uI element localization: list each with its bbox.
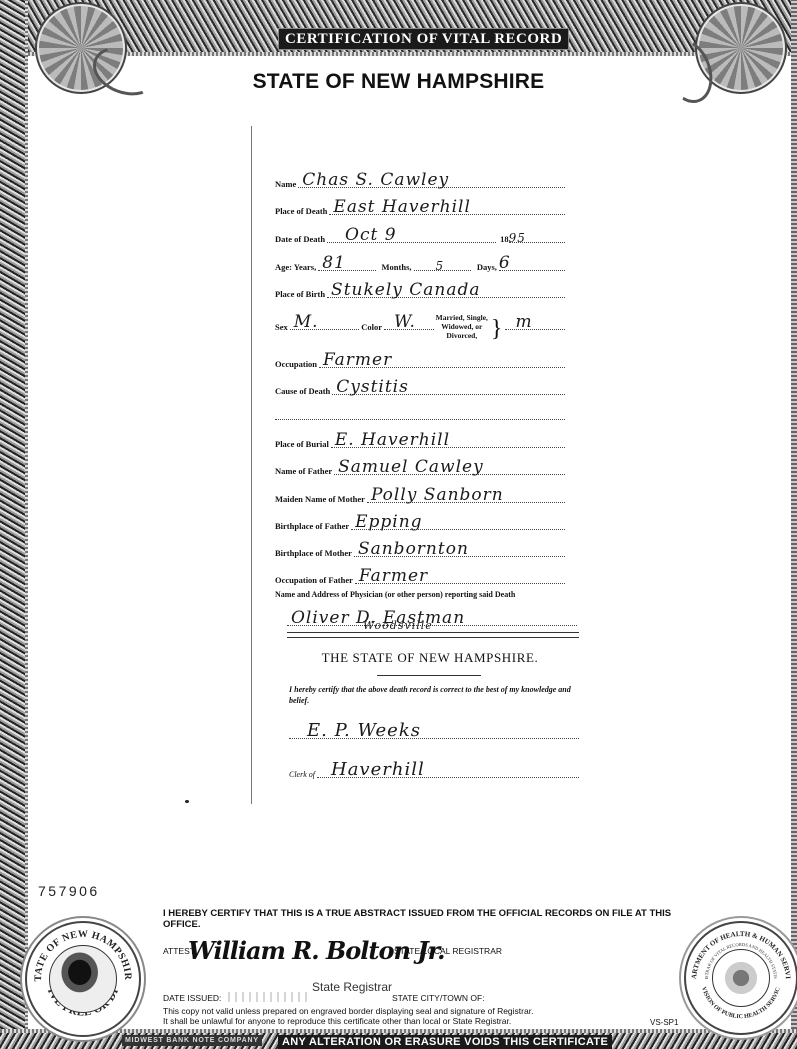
clerk-signature-line: E. P. Weeks <box>289 712 579 739</box>
field-place-of-birth: Place of Birth Stukely Canada <box>275 276 565 300</box>
field-cause-of-death: Cause of Death Cystitis <box>275 373 565 397</box>
field-value: Chas S. Cawley <box>302 170 449 190</box>
field-sex-color-marital: Sex M. Color W. Married, Single, Widowed… <box>275 306 565 340</box>
ornamental-border-right <box>791 0 797 1049</box>
date-issued-stamp <box>228 992 308 1002</box>
certification-statement: I HEREBY CERTIFY THAT THIS IS A TRUE ABS… <box>163 908 683 930</box>
field-place-of-death: Place of Death East Haverhill <box>275 193 565 217</box>
clerk-certification-text: I hereby certify that the above death re… <box>289 684 584 706</box>
field-label: Place of Burial <box>275 439 329 450</box>
form-margin-rule <box>251 126 252 804</box>
field-cause-of-death-continued <box>275 398 565 422</box>
field-label: Name and Address of Physician (or other … <box>275 590 515 600</box>
clerk-of-value: Haverhill <box>331 759 425 780</box>
field-value: Epping <box>355 512 422 532</box>
clerk-signature: E. P. Weeks <box>307 720 421 741</box>
field-name: Name Chas S. Cawley <box>275 166 565 190</box>
state-seal-icon: STATE OF NEW HAMPSHIRE LIVE FREE OR DIE <box>25 921 141 1037</box>
age-days: 6 <box>499 253 511 273</box>
field-value: Oct 9 <box>345 225 397 245</box>
field-value: Farmer <box>359 566 428 586</box>
field-value: Stukely Canada <box>331 280 480 300</box>
field-label: Months, <box>382 262 412 273</box>
field-label: Place of Birth <box>275 289 325 300</box>
short-rule-divider <box>377 675 481 676</box>
date-issued-label: DATE ISSUED: <box>163 993 221 1003</box>
field-age: Age: Years, 81 Months, 5 Days, 6 <box>275 249 565 273</box>
brace-icon: } <box>491 318 503 340</box>
field-name-of-father: Name of Father Samuel Cawley <box>275 453 565 477</box>
field-birthplace-of-father: Birthplace of Father Epping <box>275 508 565 532</box>
page-title: STATE OF NEW HAMPSHIRE <box>0 70 797 94</box>
department-seal-icon: DEPARTMENT OF HEALTH & HUMAN SERVICES RE… <box>684 921 797 1035</box>
ship-emblem-icon <box>712 949 770 1007</box>
field-label: Days, <box>477 262 497 273</box>
field-label: Age: Years, <box>275 262 316 273</box>
field-label: Place of Death <box>275 206 327 217</box>
ink-mark <box>185 800 189 803</box>
field-value: Farmer <box>323 350 392 370</box>
double-rule-divider <box>287 632 579 638</box>
field-value: E. Haverhill <box>335 430 450 450</box>
year-prefix: 18 <box>500 234 509 245</box>
marital-status-value: m <box>515 312 532 332</box>
printer-company-label: MIDWEST BANK NOTE COMPANY <box>122 1035 262 1046</box>
field-label: Occupation of Father <box>275 575 353 586</box>
field-value: East Haverhill <box>333 197 471 217</box>
field-value: Sanbornton <box>358 539 469 559</box>
form-code: VS-SP1 <box>650 1018 678 1027</box>
field-label: Sex <box>275 322 288 340</box>
clerk-of-row: Clerk of Haverhill <box>289 754 579 780</box>
color-value: W. <box>394 312 416 332</box>
city-town-label: STATE CITY/TOWN OF: <box>392 993 485 1003</box>
field-maiden-name-of-mother: Maiden Name of Mother Polly Sanborn <box>275 481 565 505</box>
field-occupation-of-father: Occupation of Father Farmer <box>275 562 565 586</box>
validity-notice: This copy not valid unless prepared on e… <box>163 1006 533 1026</box>
certificate-banner-title: CERTIFICATION OF VITAL RECORD <box>278 28 569 50</box>
old-man-of-the-mountain-icon <box>49 945 117 1013</box>
field-occupation: Occupation Farmer <box>275 346 565 370</box>
ornamental-border-left <box>0 0 25 1049</box>
field-value: Samuel Cawley <box>338 457 484 477</box>
field-birthplace-of-mother: Birthplace of Mother Sanbornton <box>275 535 565 559</box>
field-label: Birthplace of Mother <box>275 548 352 559</box>
field-label: Name <box>275 179 296 190</box>
field-label: Cause of Death <box>275 386 330 397</box>
field-label: Occupation <box>275 359 317 370</box>
age-years: 81 <box>322 253 346 273</box>
field-label: Name of Father <box>275 466 332 477</box>
state-caption: THE STATE OF NEW HAMPSHIRE. <box>275 650 585 666</box>
field-value: Cystitis <box>336 377 409 397</box>
field-physician-label: Name and Address of Physician (or other … <box>275 586 565 600</box>
field-place-of-burial: Place of Burial E. Haverhill <box>275 426 565 450</box>
field-label: Date of Death <box>275 234 325 245</box>
field-value: Polly Sanborn <box>371 485 504 505</box>
state-registrar-caption: State Registrar <box>312 980 392 994</box>
registrar-role: STATE/LOCAL REGISTRAR <box>394 946 502 956</box>
alteration-warning-banner: ANY ALTERATION OR ERASURE VOIDS THIS CER… <box>278 1035 612 1049</box>
age-months: 5 <box>436 259 445 273</box>
field-label: Color <box>361 322 382 340</box>
certificate-number: 757906 <box>38 883 100 899</box>
field-label: Birthplace of Father <box>275 521 349 532</box>
field-label: Maiden Name of Mother <box>275 494 365 505</box>
sex-value: M. <box>294 312 319 332</box>
clerk-of-label: Clerk of <box>289 770 315 780</box>
year-value: 95 <box>509 231 526 245</box>
field-date-of-death: Date of Death Oct 9 18 95 <box>275 221 565 245</box>
marital-status-label: Married, Single, Widowed, or Divorced, <box>434 313 490 340</box>
